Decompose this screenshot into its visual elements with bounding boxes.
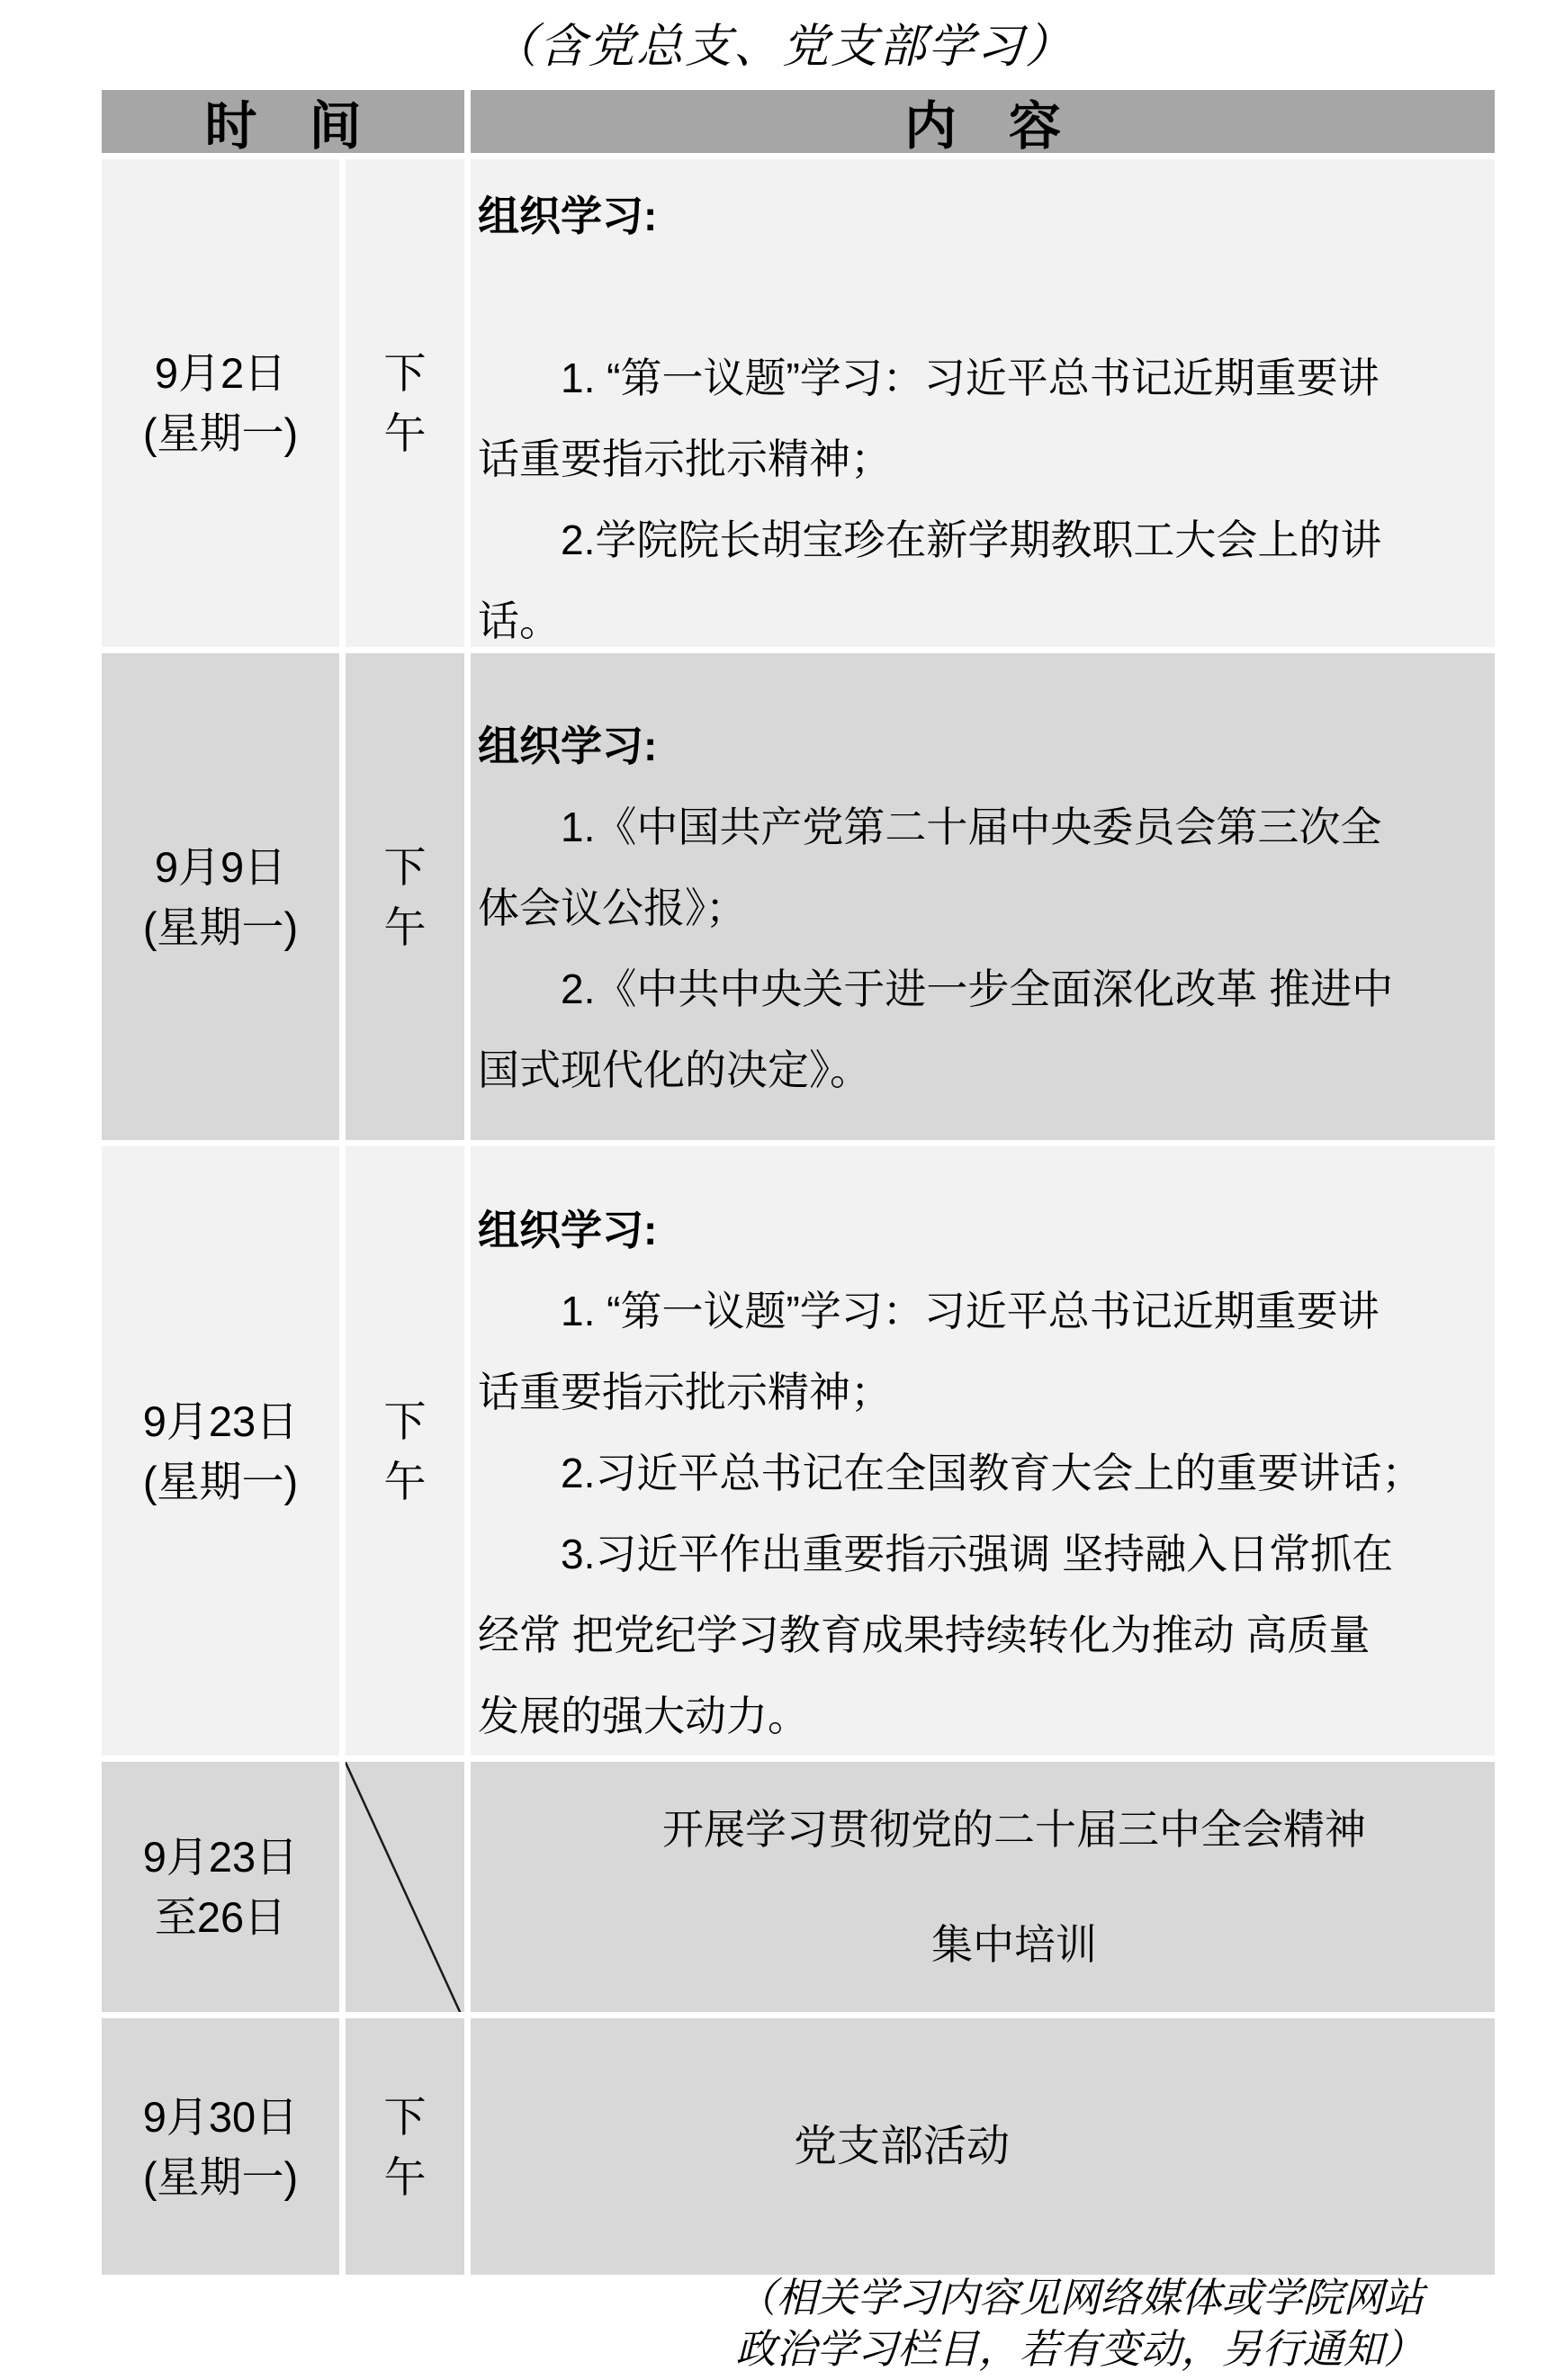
- document-page: （含党总支、党支部学习） 时 间 内 容 9月2日 (星期一) 下 午 组织学习…: [0, 0, 1564, 2380]
- row1-content-line: 1. “第一议题”学习：习近平总书记近期重要讲: [478, 337, 1486, 418]
- footer-note-line1: （相关学习内容见网络媒体或学院网站: [657, 2273, 1503, 2324]
- row2-period-char2: 午: [384, 897, 427, 957]
- row2-content-line: 2.《中共中央关于进一步全面深化改革 推进中: [478, 948, 1486, 1029]
- row1-content-line: 话。: [478, 580, 1486, 647]
- row3-content-heading: 组织学习:: [478, 1190, 1486, 1271]
- row3-content-line: 发展的强大动力。: [478, 1675, 1486, 1756]
- row5-period-char2: 午: [384, 2147, 427, 2207]
- row1-content-line: 话重要指示批示精神；: [478, 418, 1486, 499]
- row3-content-line: 经常 把党纪学习教育成果持续转化为推动 高质量: [478, 1594, 1486, 1675]
- row5-date: 9月30日: [143, 2087, 298, 2147]
- row2-weekday: (星期一): [143, 897, 298, 957]
- row3-weekday: (星期一): [143, 1451, 298, 1512]
- row3-period-char2: 午: [384, 1451, 427, 1512]
- row3-date: 9月23日: [143, 1391, 298, 1451]
- row1-weekday: (星期一): [143, 403, 298, 463]
- row5-period-char1: 下: [384, 2087, 427, 2147]
- row5-date-cell: 9月30日 (星期一): [102, 2018, 339, 2275]
- row3-period-cell: 下 午: [346, 1146, 464, 1756]
- row4-date: 9月23日: [143, 1827, 298, 1887]
- row1-date: 9月2日: [155, 343, 286, 403]
- row3-content-line: 1. “第一议题”学习：习近平总书记近期重要讲: [478, 1271, 1486, 1352]
- row1-content-line: 2.学院院长胡宝珍在新学期教职工大会上的讲: [478, 499, 1486, 580]
- row2-content-line: 1.《中国共产党第二十届中央委员会第三次全: [478, 786, 1486, 867]
- row1-content-heading: 组织学习:: [478, 175, 1486, 256]
- row3-content-line: 3.习近平作出重要指示强调 坚持融入日常抓在: [478, 1513, 1486, 1594]
- row3-date-cell: 9月23日 (星期一): [102, 1146, 339, 1756]
- row2-content-line: 体会议公报》；: [478, 867, 1486, 948]
- row3-content-line: 2.习近平总书记在全国教育大会上的重要讲话；: [478, 1432, 1486, 1513]
- row4-content-cell: 开展学习贯彻党的二十届三中全会精神 集中培训: [471, 1762, 1495, 2012]
- row4-content-line: 开展学习贯彻党的二十届三中全会精神: [662, 1801, 1366, 1858]
- study-schedule-table: 时 间 内 容 9月2日 (星期一) 下 午 组织学习: 1. “第一议题”学习…: [102, 90, 1495, 2275]
- column-header-time: 时 间: [102, 90, 464, 153]
- row3-content-cell: 组织学习: 1. “第一议题”学习：习近平总书记近期重要讲 话重要指示批示精神；…: [471, 1146, 1495, 1756]
- row5-period-cell: 下 午: [346, 2018, 464, 2275]
- diagonal-strike-line: [346, 1762, 464, 2012]
- row2-period-cell: 下 午: [346, 653, 464, 1140]
- footer-note: （相关学习内容见网络媒体或学院网站 政治学习栏目，若有变动，另行通知）: [657, 2273, 1503, 2376]
- row3-content-line: 话重要指示批示精神；: [478, 1352, 1486, 1432]
- row1-content-cell: 组织学习: 1. “第一议题”学习：习近平总书记近期重要讲 话重要指示批示精神；…: [471, 159, 1495, 647]
- row5-weekday: (星期一): [143, 2147, 298, 2207]
- row2-period-char1: 下: [384, 837, 427, 897]
- row3-period-char1: 下: [384, 1391, 427, 1451]
- row4-content-line: 集中培训: [931, 1916, 1097, 1973]
- row5-content-line: 党支部活动: [794, 2106, 1010, 2187]
- row2-date: 9月9日: [155, 837, 286, 897]
- column-header-content: 内 容: [471, 90, 1495, 153]
- row2-content-cell: 组织学习: 1.《中国共产党第二十届中央委员会第三次全 体会议公报》； 2.《中…: [471, 653, 1495, 1140]
- row2-content-line: 国式现代化的决定》。: [478, 1029, 1486, 1110]
- row5-content-cell: 党支部活动: [471, 2018, 1495, 2275]
- row4-crossed-cell: [346, 1762, 464, 2012]
- row4-date-range: 至26日: [155, 1887, 286, 1947]
- row2-date-cell: 9月9日 (星期一): [102, 653, 339, 1140]
- row1-period-char1: 下: [384, 343, 427, 403]
- row1-date-cell: 9月2日 (星期一): [102, 159, 339, 647]
- footer-note-line2: 政治学习栏目，若有变动，另行通知）: [657, 2324, 1503, 2376]
- row4-date-cell: 9月23日 至26日: [102, 1762, 339, 2012]
- row2-content-heading: 组织学习:: [478, 705, 1486, 786]
- page-title: （含党总支、党支部学习）: [0, 20, 1564, 76]
- row1-period-char2: 午: [384, 403, 427, 463]
- row1-period-cell: 下 午: [346, 159, 464, 647]
